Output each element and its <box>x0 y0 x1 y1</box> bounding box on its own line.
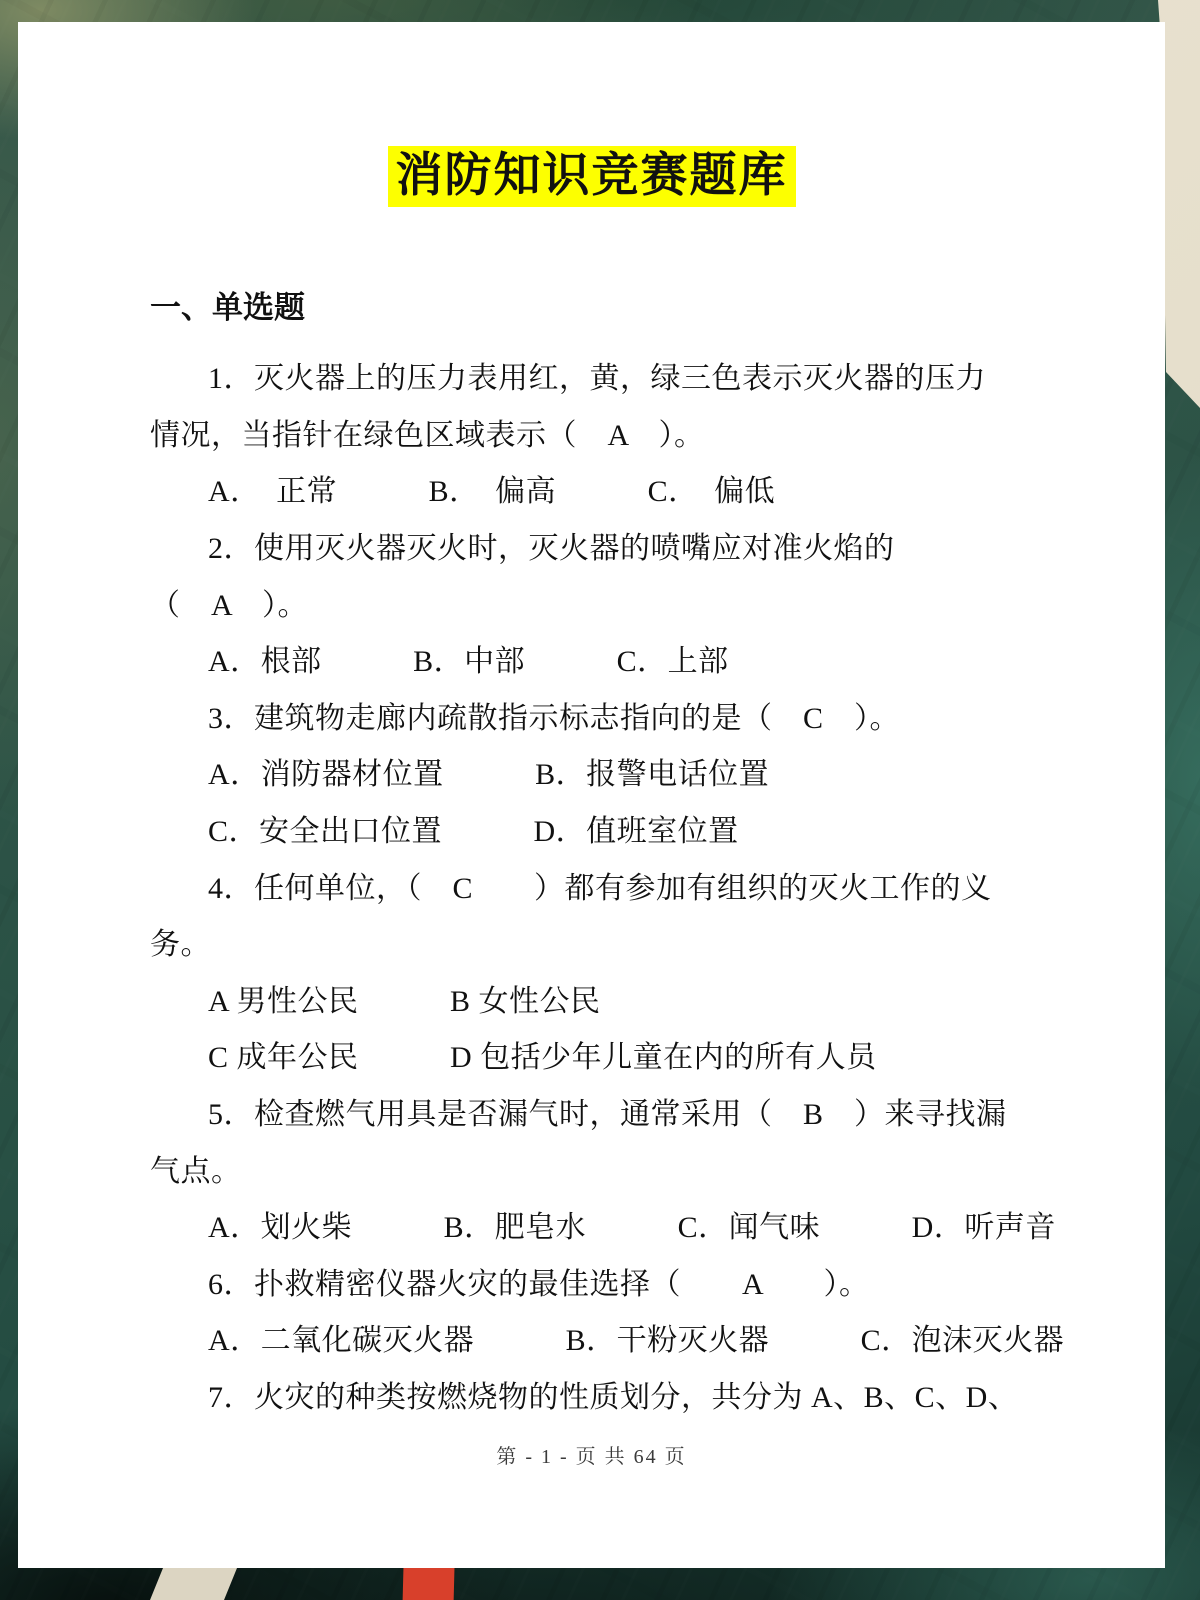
text-line: C．安全出口位置 D．值班室位置 <box>18 804 1165 861</box>
page-number-footer: 第 - 1 - 页 共 64 页 <box>18 1440 1165 1469</box>
text-line: A．二氧化碳灭火器 B．干粉灭火器 C．泡沫灭火器 <box>18 1313 1165 1370</box>
section-heading: 一、单选题 <box>150 291 1165 325</box>
title-row: 消防知识竞赛题库 <box>18 22 1165 207</box>
text-line: C 成年公民 D 包括少年儿童在内的所有人员 <box>18 1030 1165 1087</box>
text-line: 气点。 <box>18 1144 1165 1201</box>
text-line: A． 正常 B． 偏高 C． 偏低 <box>18 464 1165 521</box>
red-bottom-stripe <box>402 1565 454 1600</box>
text-line: A．消防器材位置 B．报警电话位置 <box>18 747 1165 804</box>
text-line: 6．扑救精密仪器火灾的最佳选择（ A ）。 <box>18 1257 1165 1314</box>
document-title: 消防知识竞赛题库 <box>388 146 796 207</box>
text-line: 务。 <box>18 917 1165 974</box>
text-line: 4．任何单位，（ C ）都有参加有组织的灭火工作的义 <box>18 861 1165 918</box>
document-page: 消防知识竞赛题库 一、单选题 1．灭火器上的压力表用红，黄，绿三色表示灭火器的压… <box>18 22 1165 1568</box>
text-line: 7．火灾的种类按燃烧物的性质划分，共分为 A、B、C、D、 <box>18 1370 1165 1427</box>
text-line: （ A ）。 <box>18 578 1165 635</box>
text-line: 3．建筑物走廊内疏散指示标志指向的是（ C ）。 <box>18 691 1165 748</box>
text-line: A．划火柴 B．肥皂水 C．闻气味 D．听声音 <box>18 1200 1165 1257</box>
text-line: 情况，当指针在绿色区域表示（ A ）。 <box>18 408 1165 465</box>
text-line: A 男性公民 B 女性公民 <box>18 974 1165 1031</box>
text-line: A．根部 B．中部 C．上部 <box>18 634 1165 691</box>
text-line: 5．检查燃气用具是否漏气时，通常采用（ B ）来寻找漏 <box>18 1087 1165 1144</box>
screenshot-root: 消防知识竞赛题库 一、单选题 1．灭火器上的压力表用红，黄，绿三色表示灭火器的压… <box>0 0 1200 1600</box>
text-line: 1．灭火器上的压力表用红，黄，绿三色表示灭火器的压力 <box>18 351 1165 408</box>
text-line: 2．使用灭火器灭火时，灭火器的喷嘴应对准火焰的 <box>18 521 1165 578</box>
question-text-block: 1．灭火器上的压力表用红，黄，绿三色表示灭火器的压力 情况，当指针在绿色区域表示… <box>18 351 1165 1426</box>
